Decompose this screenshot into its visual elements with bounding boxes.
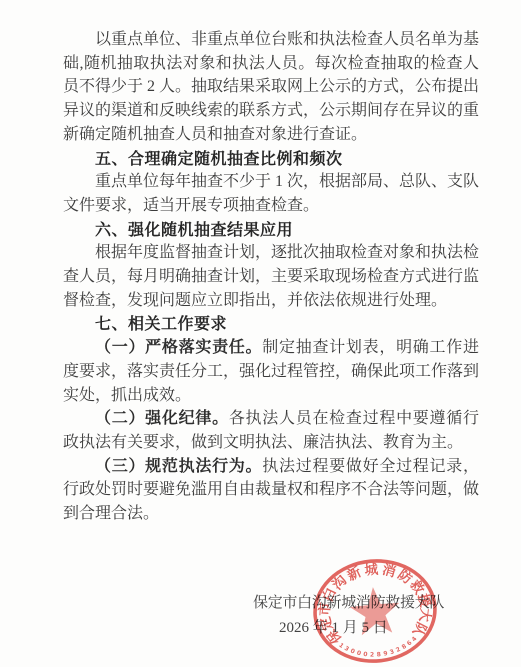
svg-text:沟: 沟 bbox=[329, 571, 351, 593]
requirement-1-lead: （一）严格落实责任。 bbox=[95, 339, 262, 356]
heading-section-7: 七、相关工作要求 bbox=[63, 312, 479, 336]
svg-text:2: 2 bbox=[370, 651, 374, 658]
svg-text:4: 4 bbox=[410, 635, 418, 643]
svg-text:2: 2 bbox=[395, 646, 402, 654]
svg-text:城: 城 bbox=[364, 561, 379, 579]
seal-code-number: 1300028932864 bbox=[337, 635, 420, 662]
document-body: 以重点单位、非重点单位台账和执法检查人员名单为基础,随机抽取执法对象和执法人员。… bbox=[63, 28, 479, 526]
svg-text:3: 3 bbox=[389, 648, 395, 656]
paragraph-requirement-3: （三）规范执法行为。执法过程要做好全过程记录，行政处罚时要避免滥用自由裁量权和程… bbox=[63, 455, 479, 526]
svg-text:0: 0 bbox=[356, 649, 362, 657]
svg-text:1: 1 bbox=[337, 642, 345, 650]
svg-text:0: 0 bbox=[349, 647, 356, 655]
svg-text:6: 6 bbox=[406, 639, 414, 647]
heading-section-6: 六、强化随机抽查结果应用 bbox=[63, 218, 479, 242]
paragraph-sampling-basis: 以重点单位、非重点单位台账和执法检查人员名单为基础,随机抽取执法对象和执法人员。… bbox=[63, 28, 479, 147]
svg-text:新: 新 bbox=[344, 563, 364, 584]
paragraph-requirement-1: （一）严格落实责任。制定抽查计划表，明确工作进度要求，落实责任分工，强化过程管控… bbox=[63, 336, 479, 407]
svg-text:0: 0 bbox=[363, 651, 368, 659]
requirement-3-lead: （三）规范执法行为。 bbox=[95, 458, 262, 475]
requirement-2-lead: （二）强化纪律。 bbox=[95, 410, 229, 427]
svg-text:8: 8 bbox=[401, 643, 408, 651]
svg-text:8: 8 bbox=[376, 651, 381, 658]
heading-section-5: 五、合理确定随机抽查比例和频次 bbox=[63, 147, 479, 171]
svg-text:9: 9 bbox=[383, 650, 389, 658]
paragraph-requirement-2: （二）强化纪律。各执法人员在检查过程中要遵循行政执法有关要求，做到文明执法、廉洁… bbox=[63, 407, 479, 454]
svg-text:防: 防 bbox=[395, 566, 416, 588]
svg-text:消: 消 bbox=[380, 561, 398, 581]
document-page: 以重点单位、非重点单位台账和执法检查人员名单为基础,随机抽取执法对象和执法人员。… bbox=[0, 0, 521, 667]
signature-date: 2026 年 1 月 5 日 bbox=[279, 616, 388, 637]
svg-text:队: 队 bbox=[409, 619, 430, 639]
paragraph-frequency: 重点单位每年抽查不少于 1 次，根据部局、总队、支队文件要求，适当开展专项抽查检… bbox=[63, 170, 479, 217]
paragraph-result-usage: 根据年度监督抽查计划，逐批次抽取检查对象和执法检查人员，每月明确抽查计划，主要采… bbox=[63, 241, 479, 312]
signature-org-name: 保定市白沟新城消防救援大队 bbox=[253, 591, 444, 612]
svg-text:3: 3 bbox=[343, 645, 350, 653]
